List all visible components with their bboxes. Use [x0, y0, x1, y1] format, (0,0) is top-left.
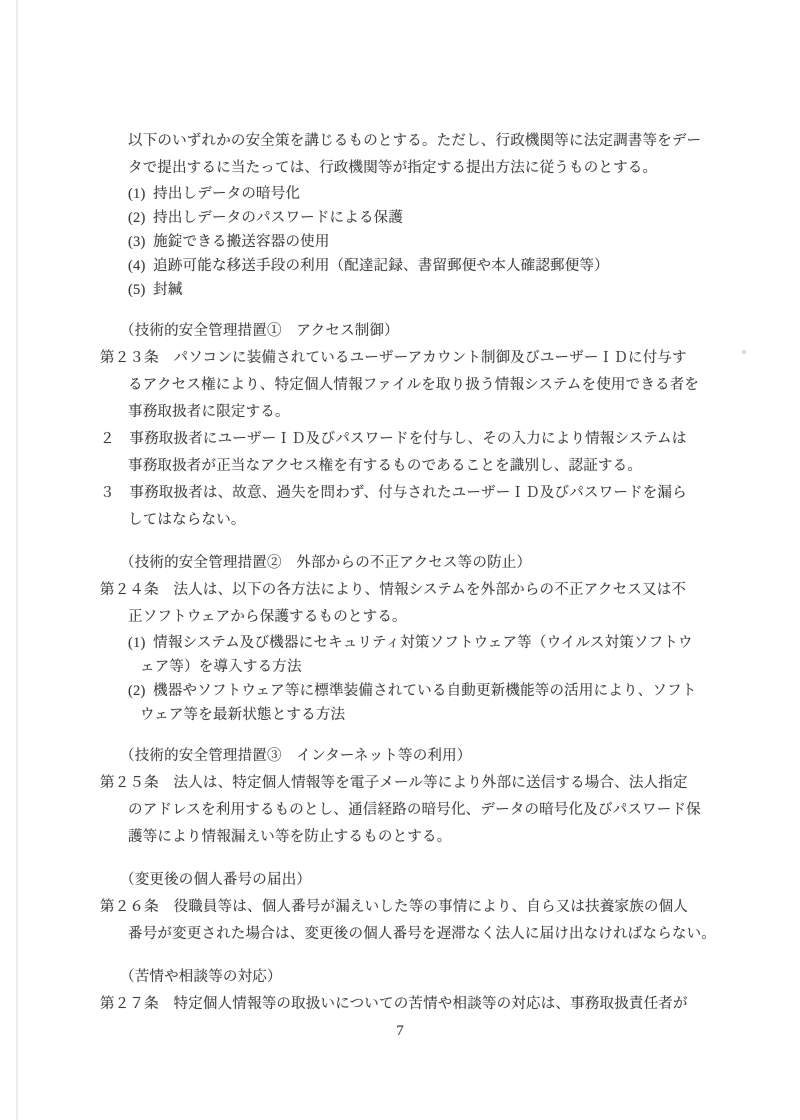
document-content: 以下のいずれかの安全策を講じるものとする。ただし、行政機関等に法定調書等をデー … [0, 0, 800, 1018]
article-23-clause-2-line: ２ 事務取扱者にユーザーＩＤ及びパスワードを付与し、その入力により情報システムは [100, 426, 800, 453]
section-heading: （変更後の個人番号の届出） [120, 867, 800, 894]
scanned-document-page: 以下のいずれかの安全策を講じるものとする。ただし、行政機関等に法定調書等をデー … [0, 0, 800, 1120]
list-item: (5) 封緘 [128, 278, 800, 302]
article-26-line: 番号が変更された場合は、変更後の個人番号を遅滞なく法人に届け出なければならない。 [128, 921, 800, 948]
article-23-line: 第２３条 パソコンに装備されているユーザーアカウント制御及びユーザーＩＤに付与す [100, 345, 800, 372]
section-heading: （技術的安全管理措置② 外部からの不正アクセス等の防止） [120, 550, 800, 577]
list-item: (3) 施錠できる搬送容器の使用 [128, 230, 800, 254]
article-26-line: 第２６条 役職員等は、個人番号が漏えいした等の事情により、自ら又は扶養家族の個人 [100, 894, 800, 921]
article-23-clause-3-line: してはならない。 [128, 507, 800, 534]
article-25-line: 第２５条 法人は、特定個人情報等を電子メール等により外部に送信する場合、法人指定 [100, 770, 800, 797]
intro-line: タで提出するに当たっては、行政機関等が指定する提出方法に従うものとする。 [128, 155, 800, 182]
list-item: (1) 持出しデータの暗号化 [128, 182, 800, 206]
article-24-item-1-line: (1) 情報システム及び機器にセキュリティ対策ソフトウェア等（ウイルス対策ソフト… [128, 631, 800, 655]
section-article-25: （技術的安全管理措置③ インターネット等の利用） 第２５条 法人は、特定個人情報… [0, 743, 800, 851]
article-24-item-1-line: ェア等）を導入する方法 [140, 655, 800, 679]
article-23-line: 事務取扱者に限定する。 [128, 399, 800, 426]
list-item: (4) 追跡可能な移送手段の利用（配達記録、書留郵便や本人確認郵便等） [128, 254, 800, 278]
intro-line: 以下のいずれかの安全策を講じるものとする。ただし、行政機関等に法定調書等をデー [128, 128, 800, 155]
article-24-item-2-line: (2) 機器やソフトウェア等に標準装備されている自動更新機能等の活用により、ソフ… [128, 679, 800, 703]
article-23-line: るアクセス権により、特定個人情報ファイルを取り扱う情報システムを使用できる者を [128, 372, 800, 399]
article-24-line: 第２４条 法人は、以下の各方法により、情報システムを外部からの不正アクセス又は不 [100, 577, 800, 604]
article-24-item-2-line: ウェア等を最新状態とする方法 [140, 703, 800, 727]
article-27-line: 第２７条 特定個人情報等の取扱いについての苦情や相談等の対応は、事務取扱責任者が [100, 991, 800, 1018]
article-25-line: のアドレスを利用するものとし、通信経路の暗号化、データの暗号化及びパスワード保 [128, 797, 800, 824]
section-article-27: （苦情や相談等の対応） 第２７条 特定個人情報等の取扱いについての苦情や相談等の… [0, 964, 800, 1018]
intro-paragraph: 以下のいずれかの安全策を講じるものとする。ただし、行政機関等に法定調書等をデー … [0, 128, 800, 182]
article-24-line: 正ソフトウェアから保護するものとする。 [128, 604, 800, 631]
article-23-clause-2-line: 事務取扱者が正当なアクセス権を有するものであることを識別し、認証する。 [128, 453, 800, 480]
section-article-26: （変更後の個人番号の届出） 第２６条 役職員等は、個人番号が漏えいした等の事情に… [0, 867, 800, 948]
list-item: (2) 持出しデータのパスワードによる保護 [128, 206, 800, 230]
article-25-line: 護等により情報漏えい等を防止するものとする。 [128, 824, 800, 851]
article-23-clause-3-line: ３ 事務取扱者は、故意、過失を問わず、付与されたユーザーＩＤ及びパスワードを漏ら [100, 480, 800, 507]
page-number: 7 [0, 1022, 800, 1040]
section-heading: （技術的安全管理措置③ インターネット等の利用） [120, 743, 800, 770]
section-heading: （技術的安全管理措置① アクセス制御） [120, 318, 800, 345]
section-article-24: （技術的安全管理措置② 外部からの不正アクセス等の防止） 第２４条 法人は、以下… [0, 550, 800, 727]
section-heading: （苦情や相談等の対応） [120, 964, 800, 991]
section-article-23: （技術的安全管理措置① アクセス制御） 第２３条 パソコンに装備されているユーザ… [0, 318, 800, 534]
safety-measures-list: (1) 持出しデータの暗号化 (2) 持出しデータのパスワードによる保護 (3)… [0, 182, 800, 302]
